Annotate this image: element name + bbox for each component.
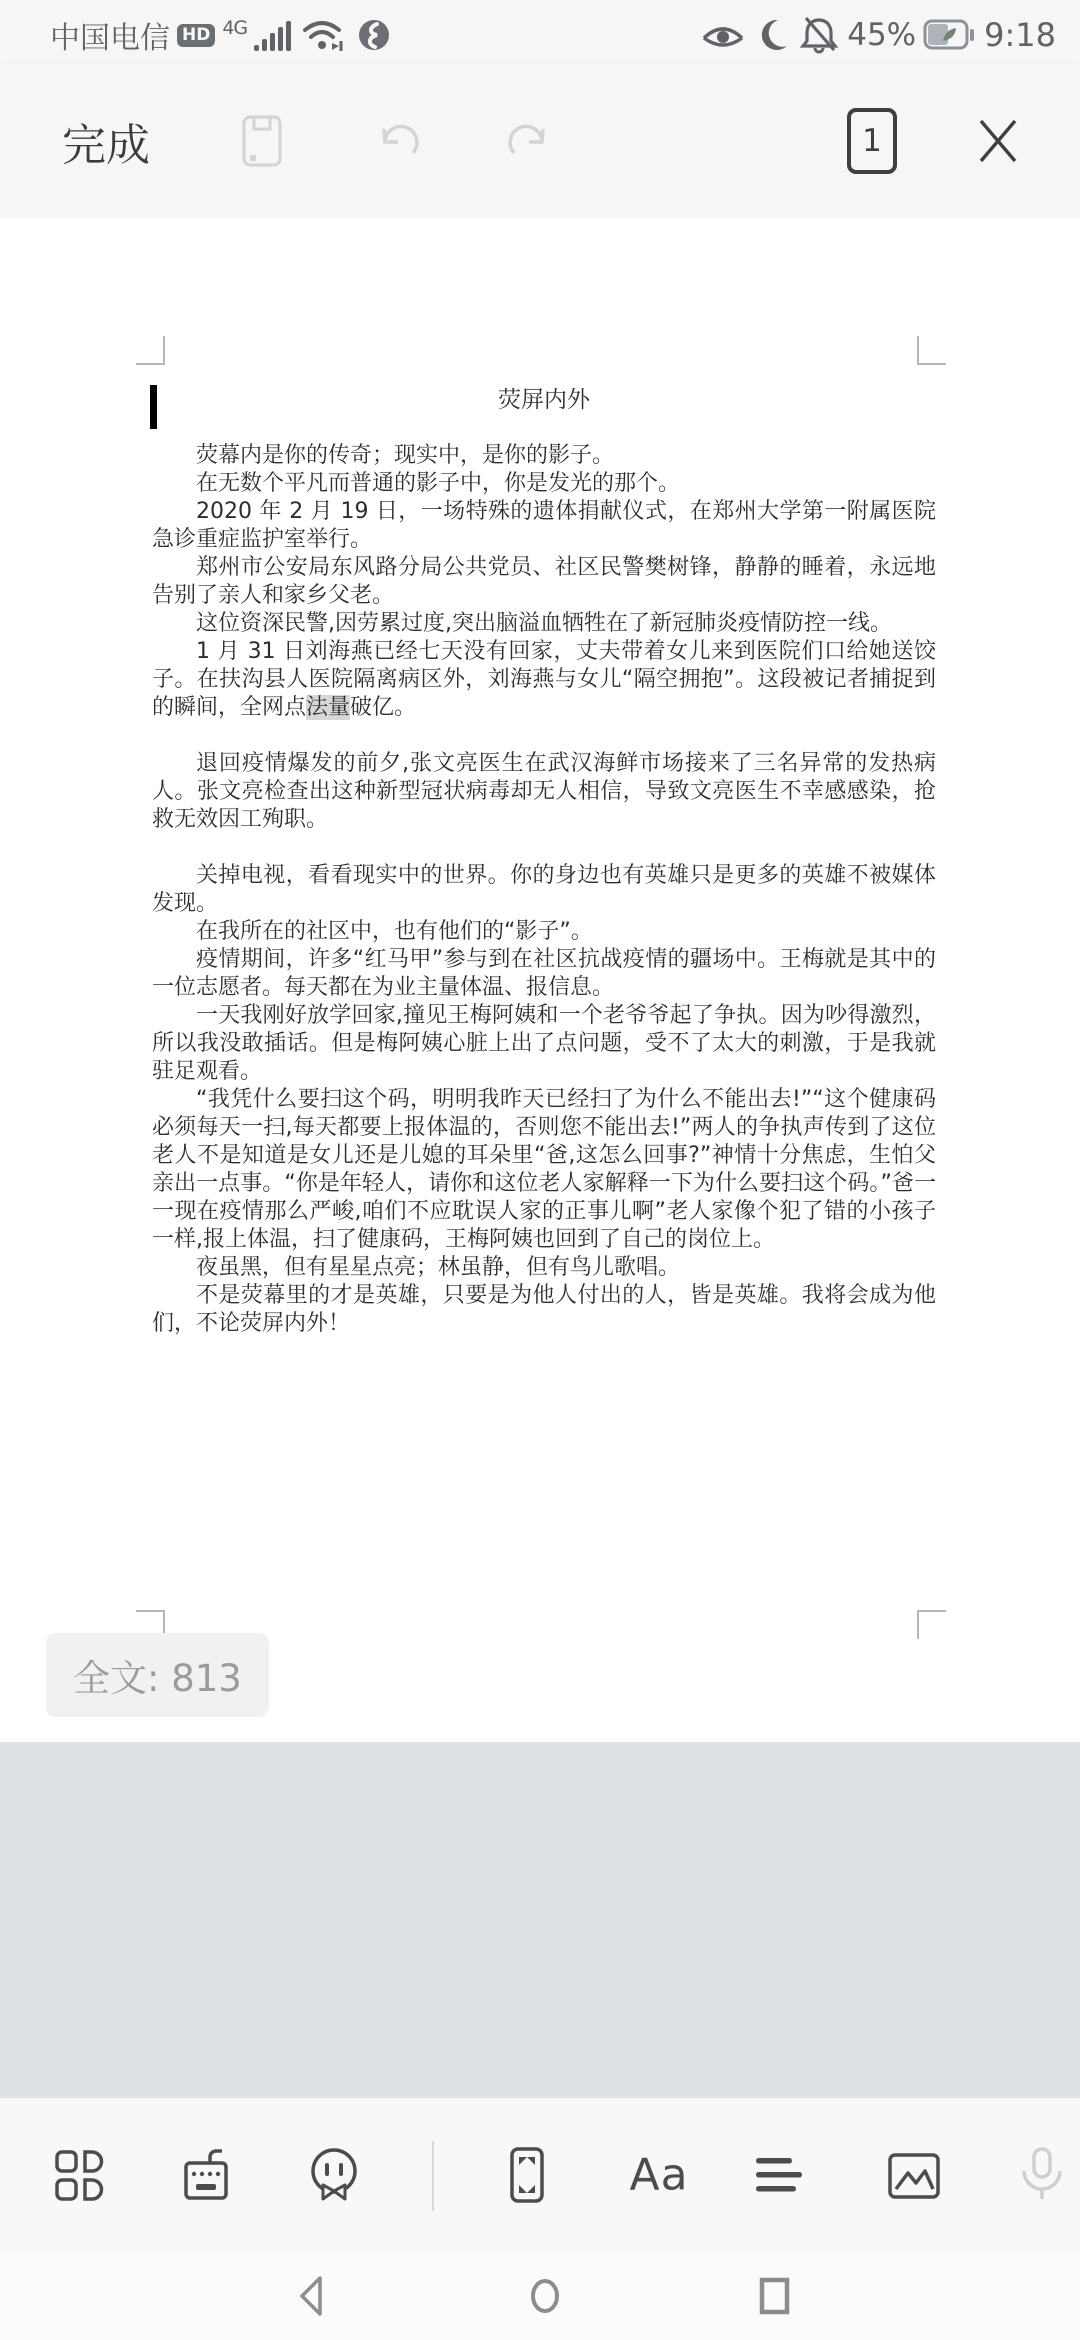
- page-margin-mark: [917, 336, 946, 365]
- undo-icon[interactable]: [369, 113, 425, 169]
- status-bar-right: 45% 9:18: [700, 15, 1056, 55]
- signal-bars-icon: [254, 17, 294, 53]
- data-circle-icon: [356, 17, 392, 53]
- font-icon[interactable]: Aa: [629, 2150, 688, 2201]
- close-icon[interactable]: [971, 114, 1025, 168]
- document-paragraph[interactable]: 不是荧幕里的才是英雄，只要是为他人付出的人，皆是英雄。我将会成为他们，不论荧屏内…: [152, 1282, 936, 1338]
- paragraph-text: 1 月 31 日刘海燕已经七天没有回家，丈夫带着女儿来到医院们口给她送饺子。在扶…: [152, 639, 936, 720]
- page-margin-mark: [136, 336, 165, 365]
- clock-label: 9:18: [984, 16, 1056, 54]
- document-paragraph[interactable]: 在无数个平凡而普通的影子中，你是发光的那个。: [152, 470, 936, 498]
- recents-icon[interactable]: [751, 2272, 799, 2320]
- notifications-muted-bell-icon: [798, 15, 840, 55]
- bottom-toolbar: Aa: [0, 2096, 1080, 2252]
- document-page[interactable]: 荧屏内外 荧幕内是你的传奇；现实中，是你的影子。在无数个平凡而普通的影子中，你是…: [0, 218, 1080, 1742]
- status-bar-left: 中国电信 HD 4G: [50, 13, 392, 57]
- battery-percent-label: 45%: [847, 17, 916, 53]
- phone-screen: 中国电信 HD 4G: [0, 0, 1080, 2340]
- page-margin-mark: [917, 1610, 946, 1639]
- battery-power-saving-icon: [923, 17, 975, 53]
- document-paragraph[interactable]: 退回疫情爆发的前夕,张文亮医生在武汉海鲜市场接来了三名异常的发热病人。张文亮检查…: [152, 750, 936, 834]
- assistant-face-icon[interactable]: [302, 2143, 366, 2207]
- document-body[interactable]: 荧屏内外 荧幕内是你的传奇；现实中，是你的影子。在无数个平凡而普通的影子中，你是…: [152, 386, 936, 1338]
- document-paragraph[interactable]: 1 月 31 日刘海燕已经七天没有回家，丈夫带着女儿来到医院们口给她送饺子。在扶…: [152, 638, 936, 722]
- document-paragraph[interactable]: 夜虽黑，但有星星点亮；林虽静，但有鸟儿歌唱。: [152, 1254, 936, 1282]
- hd-badge: HD: [177, 24, 215, 47]
- status-bar: 中国电信 HD 4G: [0, 0, 1080, 64]
- document-paragraph[interactable]: 关掉电视，看看现实中的世界。你的身边也有英雄只是更多的英雄不被媒体发现。: [152, 862, 936, 918]
- home-icon[interactable]: [521, 2272, 569, 2320]
- navigation-bar: [0, 2252, 1080, 2340]
- document-paragraph[interactable]: 2020 年 2 月 19 日，一场特殊的遗体捐献仪式，在郑州大学第一附属医院急…: [152, 498, 936, 554]
- document-paragraph[interactable]: 荧幕内是你的传奇；现实中，是你的影子。: [152, 442, 936, 470]
- document-paragraph[interactable]: “我凭什么要扫这个码，明明我昨天已经扫了为什么不能出去!”“这个健康码必须每天一…: [152, 1086, 936, 1254]
- paragraph-text: 破亿。: [350, 695, 416, 720]
- keyboard-icon[interactable]: [174, 2143, 238, 2207]
- page-view-icon[interactable]: [495, 2143, 559, 2207]
- toolbar-divider: [432, 2141, 434, 2211]
- word-count-badge: 全文: 813: [46, 1633, 269, 1717]
- page-number-indicator[interactable]: 1: [847, 108, 897, 174]
- paragraph-align-icon[interactable]: [746, 2143, 810, 2207]
- do-not-disturb-moon-icon: [753, 16, 791, 54]
- document-paragraph[interactable]: 这位资深民警,因劳累过度,突出脑溢血牺牲在了新冠肺炎疫情防控一线。: [152, 610, 936, 638]
- document-paragraph[interactable]: 疫情期间，许多“红马甲”参与到在社区抗战疫情的疆场中。王梅就是其中的一位志愿者。…: [152, 946, 936, 1002]
- done-button[interactable]: 完成: [62, 109, 150, 173]
- document-paragraph[interactable]: 郑州市公安局东风路分局公共党员、社区民警樊树锋，静静的睡着，永远地告别了亲人和家…: [152, 554, 936, 610]
- widgets-icon[interactable]: [48, 2143, 112, 2207]
- image-icon[interactable]: [882, 2143, 946, 2207]
- network-type-label: 4G: [222, 17, 247, 39]
- document-paragraph[interactable]: 一天我刚好放学回家,撞见王梅阿姨和一个老爷爷起了争执。因为吵得激烈，所以我没敢插…: [152, 1002, 936, 1086]
- editor-toolbar: 完成 1: [0, 64, 1080, 218]
- document-paragraphs: 荧幕内是你的传奇；现实中，是你的影子。在无数个平凡而普通的影子中，你是发光的那个…: [152, 442, 936, 1338]
- document-title[interactable]: 荧屏内外: [152, 386, 936, 414]
- carrier-label: 中国电信: [50, 13, 170, 57]
- document-paragraph[interactable]: [152, 834, 936, 862]
- spellcheck-marked-text: 法量: [306, 695, 350, 720]
- eye-comfort-icon: [700, 18, 746, 52]
- redo-icon[interactable]: [502, 113, 558, 169]
- document-paragraph[interactable]: 在我所在的社区中，也有他们的“影子”。: [152, 918, 936, 946]
- save-icon[interactable]: [234, 113, 290, 169]
- wifi-icon: [301, 16, 349, 54]
- microphone-icon[interactable]: [1010, 2143, 1074, 2207]
- document-paragraph[interactable]: [152, 722, 936, 750]
- back-icon[interactable]: [290, 2272, 338, 2320]
- editor-canvas-background: [0, 1742, 1080, 2096]
